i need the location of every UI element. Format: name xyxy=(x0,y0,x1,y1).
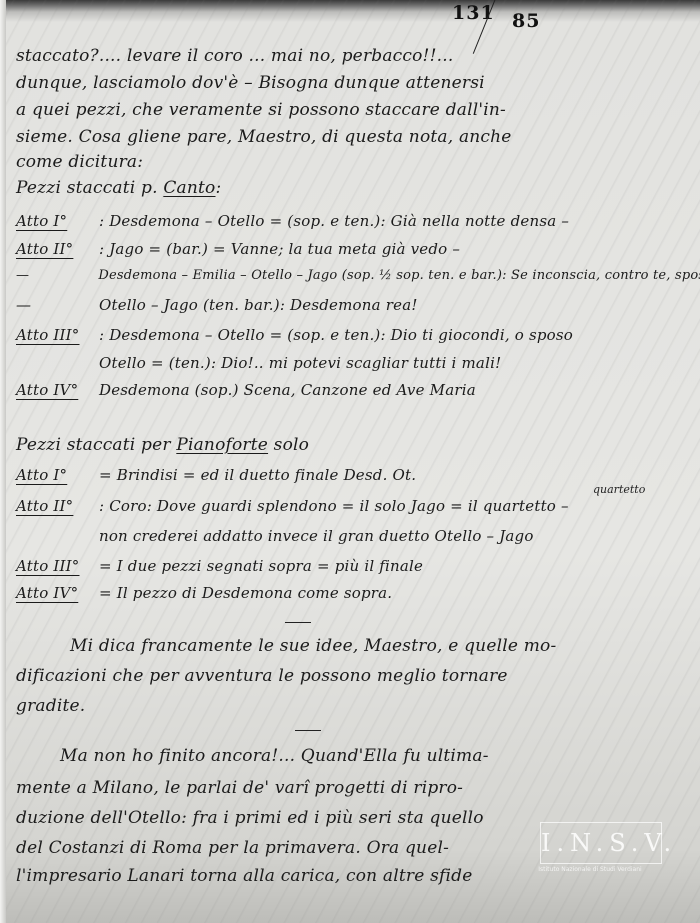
act-label: Atto II° xyxy=(16,497,94,515)
entry-text: Otello = (ten.): Dio!.. mi potevi scagli… xyxy=(99,354,501,372)
ditto-mark: — xyxy=(16,296,94,314)
archive-watermark: I.N.S.V. xyxy=(540,822,662,864)
entry-text: Jago = (bar.) = Vanne; la tua meta già v… xyxy=(109,240,460,258)
act-label: Atto IV° xyxy=(16,584,94,602)
canto-entry: Atto IV° Desdemona (sop.) Scena, Canzone… xyxy=(16,381,476,399)
act-label: Atto III° xyxy=(16,557,94,575)
paragraph-1-line: a quei pezzi, che veramente si possono s… xyxy=(16,100,506,120)
entry-sep: : xyxy=(99,326,104,344)
entry-text: I due pezzi segnati sopra = più il final… xyxy=(117,557,423,575)
pianoforte-entry: non crederei addatto invece il gran duet… xyxy=(16,527,534,545)
section-divider xyxy=(285,622,311,623)
heading-underlined: Pianoforte xyxy=(176,435,268,455)
canto-entry: — Otello – Jago (ten. bar.): Desdemona r… xyxy=(16,296,418,314)
entry-sep: : xyxy=(99,497,104,515)
heading-suffix: : xyxy=(216,178,222,198)
canto-entry: Atto II° : Jago = (bar.) = Vanne; la tua… xyxy=(16,240,460,258)
act-label: Atto IV° xyxy=(16,381,94,399)
paragraph-3-line: del Costanzi di Roma per la primavera. O… xyxy=(16,838,449,858)
entry-sep: = xyxy=(99,584,112,602)
page-edge xyxy=(0,0,6,923)
paragraph-1-line: staccato?.... levare il coro ... mai no,… xyxy=(16,46,453,66)
canto-entry: — Desdemona – Emilia – Otello – Jago (so… xyxy=(16,268,700,283)
canto-entry: Atto I° : Desdemona – Otello = (sop. e t… xyxy=(16,212,569,230)
paragraph-2-line: dificazioni che per avventura le possono… xyxy=(16,666,508,686)
act-label: Atto III° xyxy=(16,326,94,344)
folio-number-2: 85 xyxy=(512,10,540,32)
paragraph-1-line: come dicitura: xyxy=(16,152,143,172)
folio-number: 131 85 xyxy=(452,2,495,24)
section-heading-pianoforte: Pezzi staccati per Pianoforte solo xyxy=(16,435,309,455)
archive-watermark-subtitle: Istituto Nazionale di Studi Verdiani xyxy=(510,866,670,873)
heading-prefix: Pezzi staccati per xyxy=(16,435,171,455)
paragraph-2-line: gradite. xyxy=(16,696,85,716)
entry-text: Coro: Dove guardi splendono = il solo Ja… xyxy=(109,497,569,515)
section-divider xyxy=(295,730,321,731)
paragraph-2-line: Mi dica francamente le sue idee, Maestro… xyxy=(70,636,556,656)
entry-text: non crederei addatto invece il gran duet… xyxy=(99,527,534,545)
correction-note: quartetto xyxy=(593,483,645,496)
paragraph-3-line: duzione dell'Otello: fra i primi ed i pi… xyxy=(16,808,484,828)
canto-entry: Atto III° : Desdemona – Otello = (sop. e… xyxy=(16,326,573,344)
section-heading-canto: Pezzi staccati p. Canto: xyxy=(16,178,221,198)
pianoforte-entry: Atto II° : Coro: Dove guardi splendono =… xyxy=(16,497,569,515)
pianoforte-entry: Atto IV° = Il pezzo di Desdemona come so… xyxy=(16,584,392,602)
act-label: Atto I° xyxy=(16,466,94,484)
entry-text: Otello – Jago (ten. bar.): Desdemona rea… xyxy=(99,296,418,314)
heading-suffix: solo xyxy=(274,435,309,455)
paragraph-1-line: sieme. Cosa gliene pare, Maestro, di que… xyxy=(16,127,512,147)
pianoforte-entry: Atto III° = I due pezzi segnati sopra = … xyxy=(16,557,423,575)
act-label: Atto II° xyxy=(16,240,94,258)
paragraph-3-line: mente a Milano, le parlai de' varî proge… xyxy=(16,778,463,798)
entry-text: Desdemona (sop.) Scena, Canzone ed Ave M… xyxy=(99,381,476,399)
ditto-mark: — xyxy=(16,268,94,283)
entry-text: Il pezzo di Desdemona come sopra. xyxy=(117,584,393,602)
heading-prefix: Pezzi staccati p. xyxy=(16,178,158,198)
entry-text: Brindisi = ed il duetto finale Desd. Ot. xyxy=(117,466,416,484)
paragraph-3-line: l'impresario Lanari torna alla carica, c… xyxy=(16,866,473,886)
heading-underlined: Canto xyxy=(163,178,215,198)
entry-sep: = xyxy=(99,557,112,575)
act-label: Atto I° xyxy=(16,212,94,230)
entry-text: Desdemona – Otello = (sop. e ten.): Già … xyxy=(109,212,569,230)
paragraph-1-line: dunque, lasciamolo dov'è – Bisogna dunqu… xyxy=(16,73,485,93)
entry-text: Desdemona – Otello = (sop. e ten.): Dio … xyxy=(109,326,573,344)
canto-entry: Otello = (ten.): Dio!.. mi potevi scagli… xyxy=(16,354,501,372)
paragraph-3-line: Ma non ho finito ancora!... Quand'Ella f… xyxy=(60,746,489,766)
entry-sep: = xyxy=(99,466,112,484)
entry-sep: : xyxy=(99,240,104,258)
scanned-letter-page: 131 85 staccato?.... levare il coro ... … xyxy=(0,0,700,923)
pianoforte-entry: Atto I° = Brindisi = ed il duetto finale… xyxy=(16,466,416,484)
entry-text: Desdemona – Emilia – Otello – Jago (sop.… xyxy=(98,268,700,283)
entry-sep: : xyxy=(99,212,104,230)
